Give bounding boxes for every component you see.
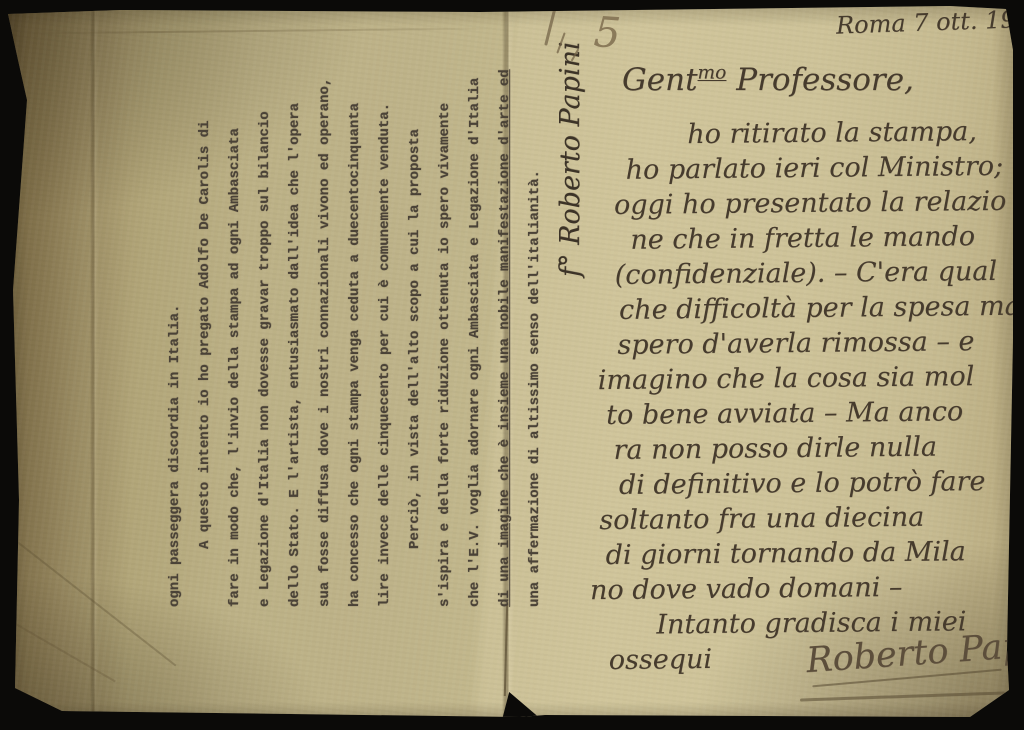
paper-tear — [502, 692, 542, 720]
typed-line: s'ispira e della forte riduzione ottenut… — [430, 45, 460, 635]
handwritten-line: spero d'averla rimossa – e — [569, 324, 1024, 364]
typed-line: una affermazione di altissimo senso dell… — [520, 45, 550, 635]
greeting-prefix: Gent — [622, 62, 698, 98]
handwritten-line: no dove vado domani – — [572, 569, 1024, 609]
handwritten-line: (confidenziale). – C'era qual — [569, 254, 1024, 294]
handwritten-line: che difficoltà per la spesa ma — [569, 289, 1024, 329]
handwritten-line: oggi ho presentato la relazio — [568, 184, 1023, 224]
paper-crease — [2, 616, 116, 683]
handwritten-line: ne che in fretta le mando — [568, 219, 1023, 259]
handwritten-line: to bene avviata – Ma anco — [570, 394, 1024, 434]
typed-line: sua fosse diffusa dove i nostri connazio… — [310, 45, 340, 635]
pencil-page-number: 5 — [592, 7, 622, 58]
typed-line: che l'E.V. voglia adornare ogni Ambascia… — [460, 45, 490, 635]
handwritten-line: soltanto fra una diecina — [571, 499, 1024, 539]
typed-line: lire invece delle cinquecento per cui è … — [370, 45, 400, 635]
handwritten-line: di giorni tornando da Mila — [571, 534, 1024, 574]
greeting-rest: Professore, — [726, 62, 914, 98]
signature-underline — [800, 691, 1005, 701]
typed-line: ha concesso che ogni stampa venga ceduta… — [340, 45, 370, 635]
typed-line: e Legazione d'Italia non dovesse gravar … — [250, 45, 280, 635]
handwritten-line: ho parlato ieri col Ministro; — [567, 149, 1022, 189]
typed-letter-page: ogni passeggera discordia in Italia. A q… — [160, 45, 550, 635]
handwritten-body: ho ritirato la stampa, ho parlato ieri c… — [567, 114, 1024, 679]
typed-line: Perciò, in vista dell'alto scopo a cui l… — [400, 45, 430, 635]
letter-paper: ogni passeggera discordia in Italia. A q… — [0, 0, 1024, 730]
typed-line: A questo intento io ho pregato Adolfo De… — [190, 45, 220, 635]
typed-line-underlined: di una imagine che è insieme una nobile … — [490, 45, 520, 635]
typed-line: ogni passeggera discordia in Italia. — [160, 45, 190, 635]
greeting-superscript: mo — [698, 63, 727, 84]
handwritten-line: ho ritirato la stampa, — [567, 114, 1022, 154]
scan-background: ogni passeggera discordia in Italia. A q… — [0, 0, 1024, 730]
typed-line: dello Stato. E l'artista, entusiasmato d… — [280, 45, 310, 635]
handwritten-line: ra non posso dirle nulla — [570, 429, 1024, 469]
letter-greeting: Gentmo Professore, — [622, 62, 914, 98]
letter-date: Roma 7 ott. 1921 — [836, 4, 1024, 39]
handwritten-line: imagino che la cosa sia mol — [570, 359, 1024, 399]
typed-line: fare in modo che, l'invio della stampa a… — [220, 45, 250, 635]
handwritten-line: di definitivo e lo potrò fare — [571, 464, 1024, 504]
paper-crease — [12, 27, 497, 34]
paper-crease — [10, 536, 177, 667]
